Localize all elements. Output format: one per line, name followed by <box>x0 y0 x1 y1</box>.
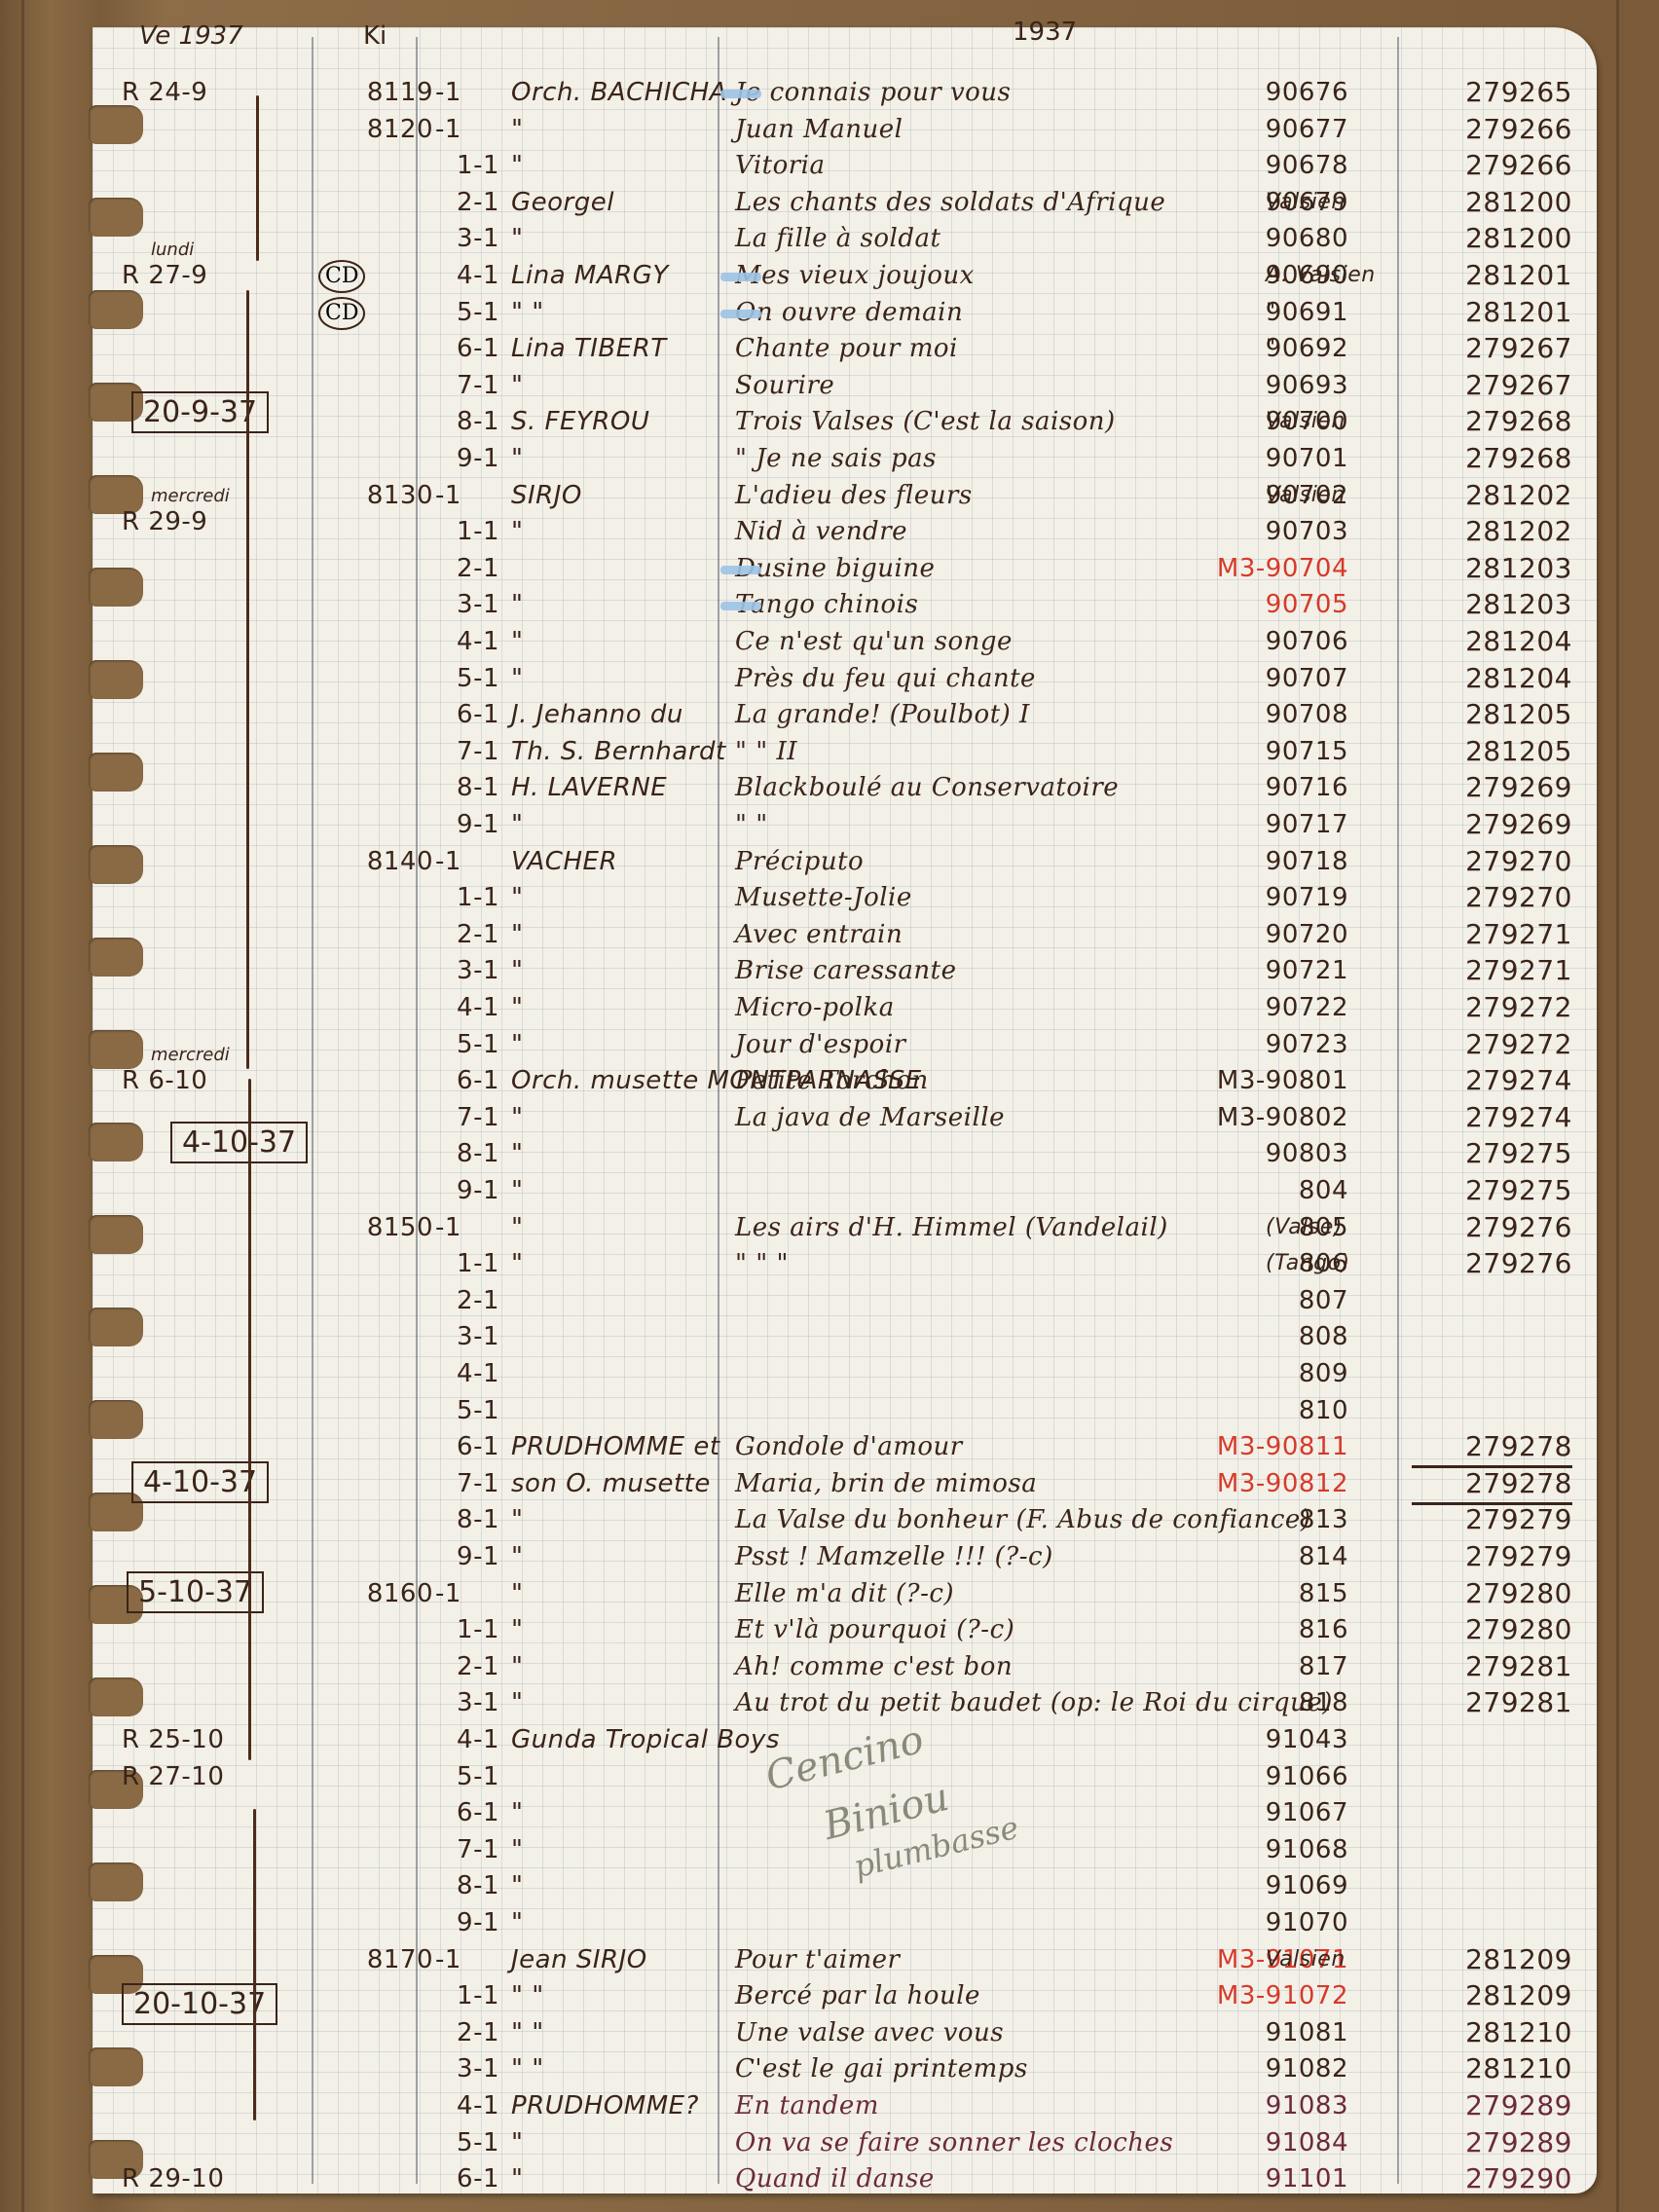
catalog-number: 279269 <box>1412 806 1572 843</box>
matrix-number: 90706 <box>1144 623 1348 660</box>
ledger-row: 8160-1"Elle m'a dit (?-c)815279280 <box>92 1575 1597 1612</box>
take-number: -1 <box>435 1575 499 1612</box>
ledger-row: 8130-1SIRJOL'adieu des fleurs90702Valsie… <box>92 477 1597 514</box>
top-left-note: Ve 1937 <box>139 21 243 51</box>
matrix-number: M3-90811 <box>1144 1428 1348 1465</box>
ledger-row: 2-1" "Une valse avec vous91081281210 <box>92 2014 1597 2051</box>
year-header: 1937 <box>1013 18 1077 47</box>
ledger-row: 9-1"804279275 <box>92 1172 1597 1209</box>
matrix-number: 808 <box>1144 1318 1348 1355</box>
catalog-number: 279276 <box>1412 1245 1572 1282</box>
session-date: R 24-9 <box>122 74 207 111</box>
blue-highlight-mark <box>720 566 761 574</box>
take-prefix: 8160 <box>336 1575 433 1612</box>
ledger-row: 8119-1Orch. BACHICHAJe connais pour vous… <box>92 74 1597 111</box>
matrix-number: 90716 <box>1144 769 1348 806</box>
catalog-number: 279276 <box>1412 1209 1572 1246</box>
matrix-number: 90719 <box>1144 879 1348 916</box>
take-prefix: 8120 <box>336 111 433 148</box>
take-number: 2-1 <box>385 550 499 587</box>
matrix-number: 90677 <box>1144 111 1348 148</box>
catalog-number: 281203 <box>1412 550 1572 587</box>
ledger-row: 8-1S. FEYROUTrois Valses (C'est la saiso… <box>92 403 1597 440</box>
take-number: 4-1 <box>385 1721 499 1758</box>
take-number: 2-1 <box>385 916 499 953</box>
ledger-row: 6-1J. Jehanno duLa grande! (Poulbot) I90… <box>92 696 1597 733</box>
ledger-row: 3-1"La fille à soldat90680281200 <box>92 220 1597 257</box>
ledger-row: 1-1"Musette-Jolie90719279270 <box>92 879 1597 916</box>
ledger-row: 2-1"Avec entrain90720279271 <box>92 916 1597 953</box>
take-number: 1-1 <box>385 1977 499 2014</box>
matrix-number: 91069 <box>1144 1867 1348 1904</box>
matrix-number: 90720 <box>1144 916 1348 953</box>
timeline-line <box>256 95 259 261</box>
ledger-page: Ve 1937 Ki 1937 8119-1Orch. BACHICHAJe c… <box>92 27 1597 2194</box>
take-number: -1 <box>435 843 499 880</box>
take-prefix: 8119 <box>336 74 433 111</box>
take-number: 2-1 <box>385 1648 499 1685</box>
blue-highlight-mark <box>720 602 761 610</box>
ledger-row: 4-1"Ce n'est qu'un songe90706281204 <box>92 623 1597 660</box>
catalog-number: 281202 <box>1412 477 1572 514</box>
weekday-note: mercredi <box>151 1045 230 1065</box>
take-number: -1 <box>435 74 499 111</box>
catalog-number: 281209 <box>1412 1977 1572 2014</box>
artist-name: " <box>511 1867 803 1904</box>
catalog-number: 279272 <box>1412 1026 1572 1063</box>
catalog-number: 281210 <box>1412 2050 1572 2087</box>
take-number: 2-1 <box>385 184 499 221</box>
take-number: 3-1 <box>385 1684 499 1721</box>
catalog-number: 279278 <box>1412 1465 1572 1505</box>
ledger-row: 8150-1"Les airs d'H. Himmel (Vandelail)8… <box>92 1209 1597 1246</box>
ledger-row: 1-1"" " "806(Tango)279276 <box>92 1245 1597 1282</box>
take-number: 9-1 <box>385 1172 499 1209</box>
matrix-number: M3-90801 <box>1144 1062 1348 1099</box>
cd-circle-mark: CD <box>318 297 365 330</box>
take-number: -1 <box>435 477 499 514</box>
matrix-number: 91083 <box>1144 2087 1348 2124</box>
catalog-number: 279290 <box>1412 2160 1572 2197</box>
timeline-line <box>248 1079 251 1760</box>
matrix-number: 816 <box>1144 1611 1348 1648</box>
matrix-number: 90701 <box>1144 440 1348 477</box>
artist-name: Gunda Tropical Boys <box>511 1721 803 1758</box>
column-header-ki: Ki <box>363 21 387 51</box>
matrix-number: 91084 <box>1144 2124 1348 2161</box>
ledger-row: 9-1"91070 <box>92 1904 1597 1941</box>
catalog-number: 279289 <box>1412 2087 1572 2124</box>
take-number: 6-1 <box>385 330 499 367</box>
matrix-number: 90723 <box>1144 1026 1348 1063</box>
matrix-number: 90680 <box>1144 220 1348 257</box>
ledger-row: 9-1"" "90717279269 <box>92 806 1597 843</box>
catalog-number: 281209 <box>1412 1941 1572 1978</box>
catalog-number: 279275 <box>1412 1172 1572 1209</box>
ledger-row: 5-1"Jour d'espoir90723279272 <box>92 1026 1597 1063</box>
take-number: 3-1 <box>385 2050 499 2087</box>
matrix-number: M3-90812 <box>1144 1465 1348 1502</box>
take-number: 9-1 <box>385 1904 499 1941</box>
catalog-number: 281201 <box>1412 257 1572 294</box>
boxed-session-date: 4-10-37 <box>170 1122 308 1163</box>
catalog-number: 281202 <box>1412 513 1572 550</box>
matrix-number: 91066 <box>1144 1758 1348 1795</box>
matrix-number: 90722 <box>1144 989 1348 1026</box>
take-number: 9-1 <box>385 1538 499 1575</box>
take-number: -1 <box>435 111 499 148</box>
catalog-number: 279279 <box>1412 1538 1572 1575</box>
timeline-line <box>253 1809 256 2120</box>
take-number: 4-1 <box>385 2087 499 2124</box>
catalog-number: 279268 <box>1412 440 1572 477</box>
take-number: 7-1 <box>385 733 499 770</box>
ledger-row: 1-1" "Bercé par la houleM3-91072281209 <box>92 1977 1597 2014</box>
take-number: 1-1 <box>385 147 499 184</box>
ledger-row: 8120-1"Juan Manuel90677279266 <box>92 111 1597 148</box>
artist-name: " <box>511 1794 803 1831</box>
ledger-row: 4-1PRUDHOMME?En tandem91083279289 <box>92 2087 1597 2124</box>
weekday-note: lundi <box>151 240 194 260</box>
matrix-number: 90705 <box>1144 586 1348 623</box>
matrix-number: 91068 <box>1144 1831 1348 1868</box>
catalog-number: 279267 <box>1412 330 1572 367</box>
matrix-number: 90708 <box>1144 696 1348 733</box>
matrix-number: M3-91072 <box>1144 1977 1348 2014</box>
cd-circle-mark: CD <box>318 260 365 293</box>
session-date: R 25-10 <box>122 1721 224 1758</box>
take-number: 6-1 <box>385 2160 499 2197</box>
take-number: 8-1 <box>385 769 499 806</box>
ledger-row: 8-1"90803279275 <box>92 1135 1597 1172</box>
take-number: -1 <box>435 1209 499 1246</box>
ledger-row: 8170-1Jean SIRJOPour t'aimerM3-91071Vals… <box>92 1941 1597 1978</box>
take-number: 6-1 <box>385 696 499 733</box>
catalog-number: 279272 <box>1412 989 1572 1026</box>
catalog-number: 279280 <box>1412 1611 1572 1648</box>
catalog-number: 279274 <box>1412 1062 1572 1099</box>
take-number: 7-1 <box>385 1099 499 1136</box>
blue-highlight-mark <box>720 90 761 98</box>
take-number: 5-1 <box>385 2124 499 2161</box>
catalog-number: 281205 <box>1412 733 1572 770</box>
catalog-number: 279281 <box>1412 1648 1572 1685</box>
ledger-row: 2-1"Ah! comme c'est bon817279281 <box>92 1648 1597 1685</box>
matrix-number: 814 <box>1144 1538 1348 1575</box>
take-number: 2-1 <box>385 2014 499 2051</box>
take-number: 8-1 <box>385 1501 499 1538</box>
ledger-row: 1-1"Et v'là pourquoi (?-c)816279280 <box>92 1611 1597 1648</box>
take-number: 6-1 <box>385 1062 499 1099</box>
ledger-row: 1-1"Vitoria90678279266 <box>92 147 1597 184</box>
matrix-number: 813 <box>1144 1501 1348 1538</box>
matrix-number: 90721 <box>1144 952 1348 989</box>
ledger-row: 6-1"Quand il danse91101279290 <box>92 2160 1597 2197</box>
take-number: 3-1 <box>385 1318 499 1355</box>
matrix-number: M3-90802 <box>1144 1099 1348 1136</box>
take-number: 4-1 <box>385 989 499 1026</box>
take-number: 3-1 <box>385 952 499 989</box>
ledger-row: 3-1808 <box>92 1318 1597 1355</box>
blue-highlight-mark <box>720 273 761 281</box>
ledger-row: 4-1"Micro-polka90722279272 <box>92 989 1597 1026</box>
ledger-row: 4-1809 <box>92 1355 1597 1392</box>
ledger-row: 5-1"On va se faire sonner les cloches910… <box>92 2124 1597 2161</box>
take-number: 7-1 <box>385 367 499 404</box>
matrix-number: 91081 <box>1144 2014 1348 2051</box>
catalog-number: 281200 <box>1412 184 1572 221</box>
catalog-number: 281204 <box>1412 660 1572 697</box>
take-number: 9-1 <box>385 440 499 477</box>
wood-grain <box>1616 0 1619 2212</box>
take-number: 8-1 <box>385 1135 499 1172</box>
matrix-number: 818 <box>1144 1684 1348 1721</box>
take-number: 6-1 <box>385 1428 499 1465</box>
matrix-number: 807 <box>1144 1282 1348 1319</box>
catalog-number: 281203 <box>1412 586 1572 623</box>
session-date: R 27-9 <box>122 257 207 294</box>
ledger-row: 6-1Orch. musette MONTPARNASSEPetite Torc… <box>92 1062 1597 1099</box>
take-prefix: 8150 <box>336 1209 433 1246</box>
ledger-row: 6-1Lina TIBERTChante pour moi90692"27926… <box>92 330 1597 367</box>
take-number: 2-1 <box>385 1282 499 1319</box>
catalog-number: 281201 <box>1412 294 1572 331</box>
ledger-row: 7-1"Sourire90693279267 <box>92 367 1597 404</box>
ledger-row: 9-1"Psst ! Mamzelle !!! (?-c)814279279 <box>92 1538 1597 1575</box>
take-number: 1-1 <box>385 513 499 550</box>
take-number: 8-1 <box>385 1867 499 1904</box>
catalog-number: 279268 <box>1412 403 1572 440</box>
take-number: 7-1 <box>385 1831 499 1868</box>
ledger-row: 2-1807 <box>92 1282 1597 1319</box>
matrix-number: 90803 <box>1144 1135 1348 1172</box>
catalog-number: 279289 <box>1412 2124 1572 2161</box>
artist-name: " <box>511 1904 803 1941</box>
ledger-row: 5-1"Près du feu qui chante90707281204 <box>92 660 1597 697</box>
matrix-number: 817 <box>1144 1648 1348 1685</box>
catalog-number: 279267 <box>1412 367 1572 404</box>
catalog-number: 279265 <box>1412 74 1572 111</box>
session-date: R 29-9 <box>122 503 207 540</box>
matrix-number: 809 <box>1144 1355 1348 1392</box>
take-number: 4-1 <box>385 1355 499 1392</box>
ledger-row: 7-1Th. S. Bernhardt" " II90715281205 <box>92 733 1597 770</box>
matrix-number: 91067 <box>1144 1794 1348 1831</box>
catalog-number: 279278 <box>1412 1428 1572 1468</box>
matrix-number: 90707 <box>1144 660 1348 697</box>
take-number: 4-1 <box>385 257 499 294</box>
ledger-row: 9-1"" Je ne sais pas90701279268 <box>92 440 1597 477</box>
catalog-number: 279274 <box>1412 1099 1572 1136</box>
take-number: 4-1 <box>385 623 499 660</box>
matrix-number: 91070 <box>1144 1904 1348 1941</box>
take-number: 5-1 <box>385 1026 499 1063</box>
catalog-number: 279275 <box>1412 1135 1572 1172</box>
take-number: 3-1 <box>385 220 499 257</box>
take-number: 5-1 <box>385 1392 499 1429</box>
catalog-number: 279266 <box>1412 111 1572 148</box>
ledger-row: 3-1" "C'est le gai printemps91082281210 <box>92 2050 1597 2087</box>
catalog-number: 279271 <box>1412 952 1572 989</box>
take-number: 3-1 <box>385 586 499 623</box>
ledger-row: 1-1"Nid à vendre90703281202 <box>92 513 1597 550</box>
take-number: 1-1 <box>385 879 499 916</box>
ledger-row: 7-1"La java de MarseilleM3-90802279274 <box>92 1099 1597 1136</box>
session-date: R 6-10 <box>122 1062 207 1099</box>
ledger-row: 7-1son O. musetteMaria, brin de mimosaM3… <box>92 1465 1597 1502</box>
take-number: 5-1 <box>385 1758 499 1795</box>
session-date: R 27-10 <box>122 1758 224 1795</box>
catalog-number: 279270 <box>1412 843 1572 880</box>
ledger-row: 3-1"Au trot du petit baudet (op: le Roi … <box>92 1684 1597 1721</box>
matrix-number: M3-90704 <box>1144 550 1348 587</box>
take-number: 5-1 <box>385 294 499 331</box>
catalog-number: 279281 <box>1412 1684 1572 1721</box>
take-number: 1-1 <box>385 1611 499 1648</box>
ledger-row: 4-1Lina MARGYMes vieux joujoux90690A. Va… <box>92 257 1597 294</box>
matrix-number: 90717 <box>1144 806 1348 843</box>
timeline-line <box>246 290 249 1069</box>
boxed-session-date: 5-10-37 <box>127 1571 264 1613</box>
catalog-number: 281204 <box>1412 623 1572 660</box>
wood-grain <box>21 0 24 2212</box>
take-number: -1 <box>435 1941 499 1978</box>
catalog-number: 281200 <box>1412 220 1572 257</box>
ledger-row: 5-1" "On ouvre demain90691"281201CD <box>92 294 1597 331</box>
catalog-number: 279269 <box>1412 769 1572 806</box>
matrix-number: 815 <box>1144 1575 1348 1612</box>
catalog-number: 279279 <box>1412 1501 1572 1538</box>
take-number: 9-1 <box>385 806 499 843</box>
ledger-row: 2-1GeorgelLes chants des soldats d'Afriq… <box>92 184 1597 221</box>
catalog-number: 281205 <box>1412 696 1572 733</box>
matrix-number: 90703 <box>1144 513 1348 550</box>
take-prefix: 8130 <box>336 477 433 514</box>
blue-highlight-mark <box>720 310 761 318</box>
ledger-row: 5-1810 <box>92 1392 1597 1429</box>
matrix-number: 91101 <box>1144 2160 1348 2197</box>
take-number: 1-1 <box>385 1245 499 1282</box>
ledger-row: 8-1H. LAVERNEBlackboulé au Conservatoire… <box>92 769 1597 806</box>
weekday-note: mercredi <box>151 486 230 506</box>
matrix-number: 810 <box>1144 1392 1348 1429</box>
catalog-number: 281210 <box>1412 2014 1572 2051</box>
ledger-row: 3-1"Brise caressante90721279271 <box>92 952 1597 989</box>
matrix-number: 91043 <box>1144 1721 1348 1758</box>
matrix-number: 90678 <box>1144 147 1348 184</box>
ledger-row: 2-1Dusine biguineM3-90704281203 <box>92 550 1597 587</box>
matrix-number: 804 <box>1144 1172 1348 1209</box>
ledger-row: 3-1"Tango chinois90705281203 <box>92 586 1597 623</box>
take-prefix: 8170 <box>336 1941 433 1978</box>
ledger-row: 8140-1VACHERPréciputo90718279270 <box>92 843 1597 880</box>
catalog-number: 279280 <box>1412 1575 1572 1612</box>
catalog-number: 279270 <box>1412 879 1572 916</box>
artist-name: " <box>511 1831 803 1868</box>
take-number: 7-1 <box>385 1465 499 1502</box>
session-date: R 29-10 <box>122 2160 224 2197</box>
artist-name: " <box>511 1135 803 1172</box>
matrix-number: 90715 <box>1144 733 1348 770</box>
ledger-row: 6-1PRUDHOMME etGondole d'amourM3-9081127… <box>92 1428 1597 1465</box>
catalog-number: 279271 <box>1412 916 1572 953</box>
ledger-row: 8-1"La Valse du bonheur (F. Abus de conf… <box>92 1501 1597 1538</box>
catalog-number: 279266 <box>1412 147 1572 184</box>
take-number: 5-1 <box>385 660 499 697</box>
take-number: 6-1 <box>385 1794 499 1831</box>
matrix-number: 90718 <box>1144 843 1348 880</box>
ledger-row: 8-1"91069 <box>92 1867 1597 1904</box>
matrix-number: 91082 <box>1144 2050 1348 2087</box>
take-number: 8-1 <box>385 403 499 440</box>
artist-name: " <box>511 1172 803 1209</box>
matrix-number: 90693 <box>1144 367 1348 404</box>
take-prefix: 8140 <box>336 843 433 880</box>
matrix-number: 90676 <box>1144 74 1348 111</box>
